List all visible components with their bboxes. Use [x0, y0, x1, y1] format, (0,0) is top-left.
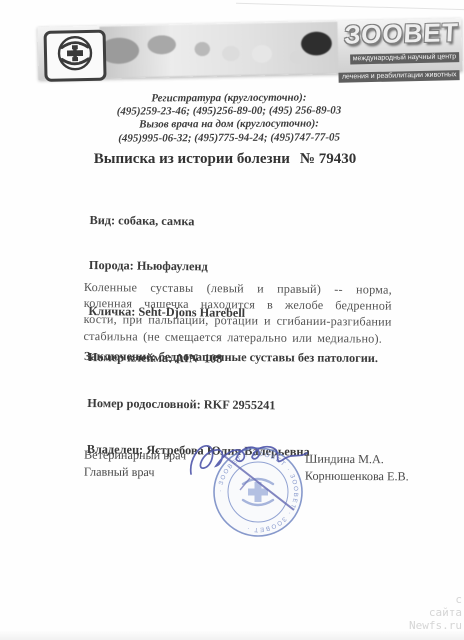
brand-title: ЗООВЕТ	[334, 19, 459, 48]
name-kornyushenkova: Корнюшенкова Е.В.	[305, 468, 409, 486]
role-chief-doctor: Главный врач	[84, 463, 186, 480]
signature-roles: Ветеринарный врач Главный врач	[84, 447, 186, 481]
scan-bottom-shade	[0, 630, 464, 640]
watermark-line-1: с	[409, 593, 462, 606]
role-veterinarian: Ветеринарный врач	[84, 447, 186, 464]
scan-edge-artifact	[236, 3, 464, 10]
clinic-logo	[44, 30, 107, 82]
hands-cross-icon	[55, 34, 96, 78]
case-number: № 79430	[300, 151, 356, 167]
document-title-text: Выписка из истории болезни	[94, 151, 290, 167]
patient-row-breed: Порода: Ньюфауленд	[89, 258, 312, 276]
housecall-phones: (495)995-06-32; (495)775-94-24; (495)747…	[0, 130, 458, 146]
watermark-line-2: сайта	[409, 606, 462, 619]
patient-row-species: Вид: собака, самка	[89, 213, 312, 231]
contacts-block: Регистратура (круглосуточно): (495)259-2…	[0, 91, 458, 146]
document-title: Выписка из истории болезни№ 79430	[0, 151, 450, 168]
watermark: с сайта Newfs.ru	[409, 593, 462, 632]
brand-tagline-2: лечения и реабилитации животных	[339, 70, 460, 83]
signature-scribble	[183, 432, 315, 493]
brand-block: ЗООВЕТ международный научный центр лечен…	[334, 19, 459, 84]
findings-paragraph: Коленные суставы (левый и правый) -- нор…	[83, 279, 392, 346]
clinic-banner: ЗООВЕТ международный научный центр лечен…	[37, 18, 462, 80]
scanned-document-page: ЗООВЕТ международный научный центр лечен…	[0, 0, 464, 640]
patient-row-pedigree: Номер родословной: RKF 2955241	[87, 396, 310, 414]
name-shindina: Шиндина М.А.	[305, 451, 409, 469]
conclusion-text: Заключение: бедрочашечные суставы без па…	[84, 349, 378, 366]
signature-names: Шиндина М.А. Корнюшенкова Е.В.	[305, 451, 409, 486]
animal-photo-collage	[99, 22, 338, 78]
